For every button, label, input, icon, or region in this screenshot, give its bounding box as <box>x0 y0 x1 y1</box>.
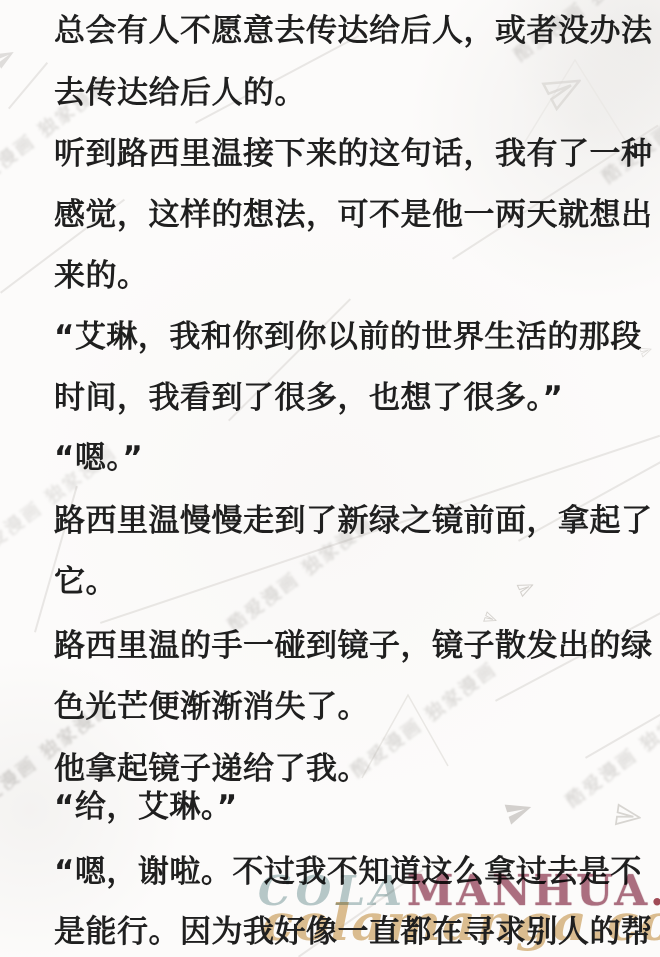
text-line: “艾琳，我和你到你以前的世界生活的那段 <box>54 319 642 355</box>
paper-plane-icon <box>515 577 536 598</box>
text-line: 路西里温慢慢走到了新绿之镜前面，拿起了 <box>54 503 653 539</box>
paper-plane-icon <box>501 793 536 828</box>
text-line: “给，艾琳。” <box>54 789 238 825</box>
paper-plane-icon <box>482 610 499 627</box>
trail-line <box>8 62 48 109</box>
text-line: 色光芒便渐渐消失了。 <box>54 689 369 725</box>
text-line: 听到路西里温接下来的这句话，我有了一种 <box>54 136 653 172</box>
text-line: 去传达给后人的。 <box>54 75 306 111</box>
watermark-colamanhua: COLAMANHUA.com <box>258 866 660 915</box>
text-line: 他拿起镜子递给了我。 <box>54 751 369 787</box>
manhua-text-page: 酷爱漫画 独家漫画 酷爱漫画 独家漫画 酷爱漫画 独家漫画 酷爱漫画 独家漫画 … <box>0 0 660 957</box>
text-line: 时间，我看到了很多，也想了很多。” <box>54 380 563 416</box>
text-line: 是能行。因为我好像一直都在寻求别人的帮 <box>54 914 653 950</box>
text-line: 感觉，这样的想法，可不是他一两天就想出 <box>54 197 653 233</box>
text-line: 来的。 <box>54 258 149 294</box>
text-line: 总会有人不愿意去传达给后人，或者没办法 <box>54 13 653 49</box>
text-line: 路西里温的手一碰到镜子，镜子散发出的绿 <box>54 628 653 664</box>
diagonal-watermark: 酷爱漫画 独家漫画 <box>560 685 660 812</box>
watermark-dotcom-part: .com <box>650 868 660 915</box>
text-line: “嗯。” <box>54 440 143 476</box>
paper-plane-icon <box>0 42 20 72</box>
watermark-manhua-part: MANHUA <box>407 866 650 915</box>
watermark-cola-part: COLA <box>258 867 407 915</box>
text-line: 它。 <box>54 564 117 600</box>
paper-plane-icon <box>613 801 642 830</box>
